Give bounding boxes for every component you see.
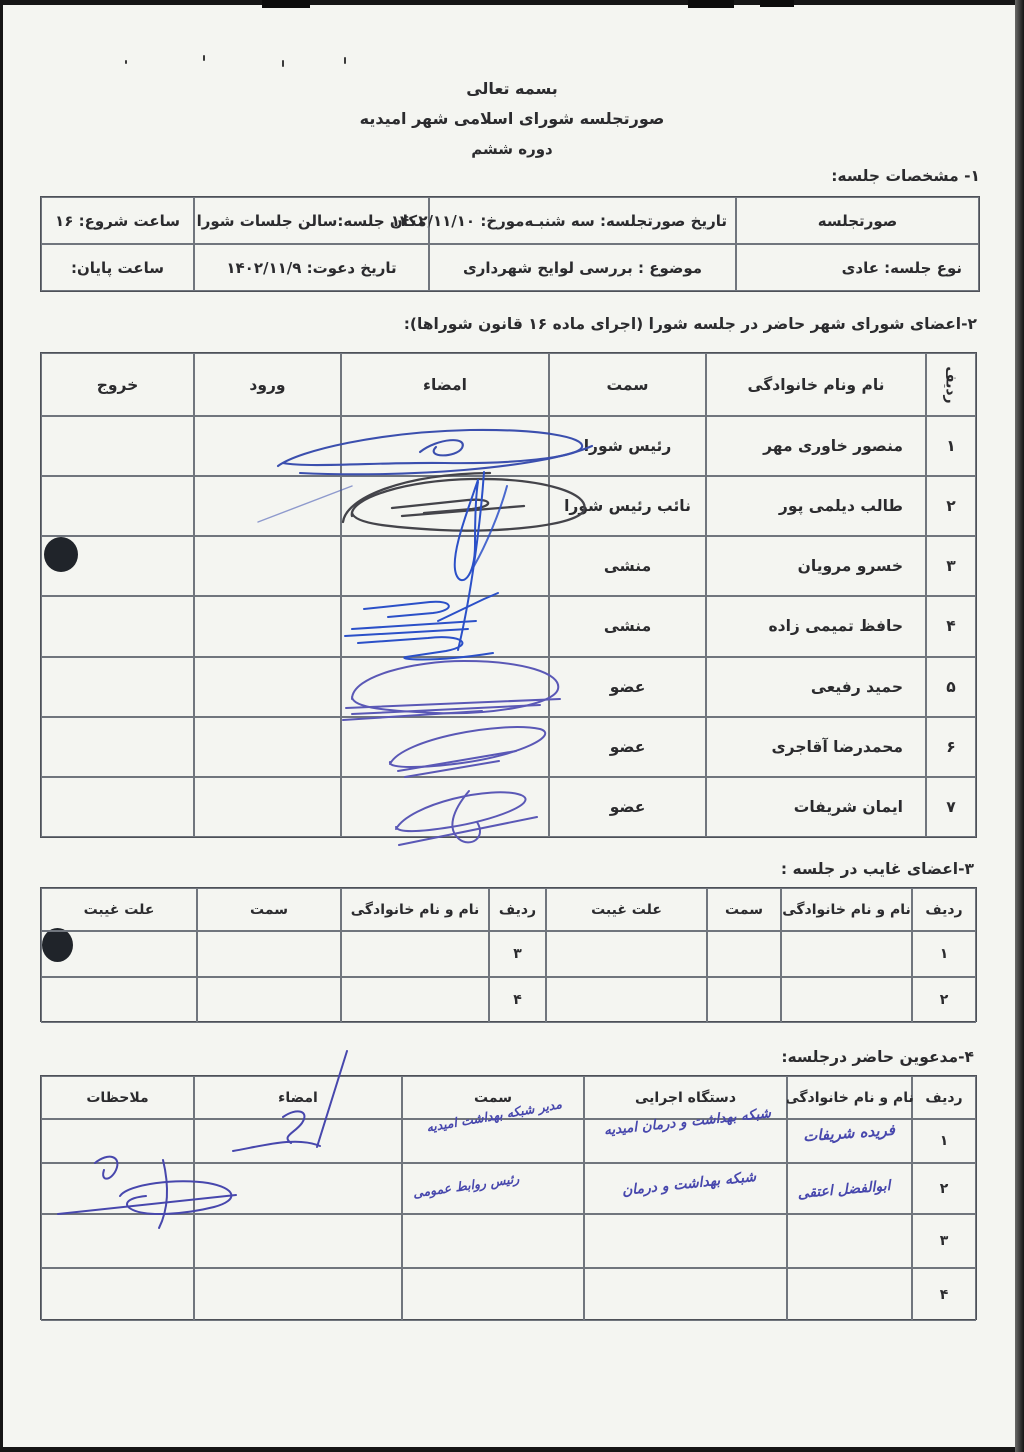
- notes-cell: [41, 1214, 194, 1268]
- scanned-document-page: بسمه تعالی صورتجلسه شورای اسلامی شهر امی…: [0, 0, 1024, 1452]
- minutes-date-label: تاریخ صورتجلسه: سه شنبـه: [524, 212, 727, 230]
- row-number: ۴: [912, 1268, 976, 1321]
- scan-edge-left: [0, 0, 3, 1452]
- section2-title: ۲-اعضای شورای شهر حاضر در جلسه شورا (اجر…: [404, 315, 977, 333]
- absent-name-cell: [341, 931, 489, 977]
- cell-start-time: ساعت شروع: ۱۶: [41, 197, 194, 244]
- term-line: دوره ششم: [40, 134, 984, 164]
- col-header-signature: امضاء: [341, 353, 549, 416]
- row-number: ۵: [926, 657, 976, 717]
- member-name: حافظ تمیمی زاده: [706, 596, 926, 656]
- row-number: ۲: [926, 476, 976, 536]
- exit-cell: [41, 476, 194, 536]
- scan-edge-mark: [262, 0, 310, 8]
- notes-cell: [41, 1268, 194, 1321]
- signature-cell: [194, 1163, 402, 1214]
- col-header-position: سمت: [707, 888, 781, 931]
- col-header-row: ردیف: [489, 888, 546, 931]
- notes-cell: [41, 1163, 194, 1214]
- scan-edge-right: [1015, 0, 1024, 1452]
- invitee-name-cell: [787, 1268, 912, 1321]
- absent-name-cell: [781, 931, 912, 977]
- signature-cell: [341, 657, 549, 717]
- entry-cell: [194, 596, 341, 656]
- col-header-position: سمت: [197, 888, 341, 931]
- col-header-name: نام و نام خانوادگی: [341, 888, 489, 931]
- signature-cell: [341, 777, 549, 837]
- signature-cell: [194, 1268, 402, 1321]
- col-header-row: ردیف: [912, 888, 976, 931]
- scan-edge-mark: [688, 0, 734, 8]
- row-number: ۱: [912, 931, 976, 977]
- member-position: رئیس شورا: [549, 416, 706, 476]
- absent-members-table: ردیف نام و نام خانوادگی سمت علت غیبت ردی…: [40, 887, 977, 1022]
- col-header-row: ردیف: [926, 353, 976, 416]
- signature-cell: [341, 416, 549, 476]
- row-number: ۴: [489, 977, 546, 1023]
- scan-speck: [125, 60, 127, 64]
- bismillah-line: بسمه تعالی: [40, 74, 984, 104]
- notes-cell: [41, 1119, 194, 1163]
- absent-name-cell: [341, 977, 489, 1023]
- col-header-entry: ورود: [194, 353, 341, 416]
- row-number: ۴: [926, 596, 976, 656]
- col-header-name: نام و نام خانوادگی: [787, 1076, 912, 1119]
- member-position: منشی: [549, 596, 706, 656]
- invitee-position-cell: [402, 1214, 584, 1268]
- absent-reason-cell: [41, 931, 197, 977]
- member-position: عضو: [549, 717, 706, 777]
- col-header-exit: خروج: [41, 353, 194, 416]
- exit-cell: [41, 717, 194, 777]
- row-number: ۷: [926, 777, 976, 837]
- exit-cell: [41, 657, 194, 717]
- absent-reason-cell: [546, 977, 707, 1023]
- signature-cell: [341, 536, 549, 596]
- col-header-name: نام ونام خانوادگی: [706, 353, 926, 416]
- invitee-position-cell: [402, 1268, 584, 1321]
- member-position: منشی: [549, 536, 706, 596]
- section4-title: ۴-مدعوین حاضر درجلسه:: [781, 1048, 974, 1066]
- signature-cell: [341, 476, 549, 536]
- row-number: ۱: [912, 1119, 976, 1163]
- document-title: صورتجلسه شورای اسلامی شهر امیدیه: [40, 104, 984, 134]
- row-number: ۶: [926, 717, 976, 777]
- absent-position-cell: [197, 931, 341, 977]
- row-number: ۳: [926, 536, 976, 596]
- member-position: عضو: [549, 657, 706, 717]
- scan-edge-top: [0, 0, 1024, 5]
- scan-speck: [282, 60, 284, 67]
- absent-reason-cell: [41, 977, 197, 1023]
- cell-location: مکان جلسه:سالن جلسات شورا: [194, 197, 429, 244]
- cell-end-time: ساعت پایان:: [41, 244, 194, 291]
- exit-cell: [41, 416, 194, 476]
- col-header-row: ردیف: [912, 1076, 976, 1119]
- exit-cell: [41, 596, 194, 656]
- col-header-reason: علت غیبت: [41, 888, 197, 931]
- cell-session-type: نوع جلسه: عادی: [736, 244, 979, 291]
- section1-title: ۱- مشخصات جلسه:: [831, 167, 980, 185]
- row-number: ۳: [489, 931, 546, 977]
- col-header-reason: علت غیبت: [546, 888, 707, 931]
- entry-cell: [194, 657, 341, 717]
- scan-edge-mark: [760, 0, 794, 7]
- section3-title: ۳-اعضای غایب در جلسه :: [781, 860, 974, 878]
- entry-cell: [194, 536, 341, 596]
- signature-cell: [341, 717, 549, 777]
- row-number: ۱: [926, 416, 976, 476]
- document-header: بسمه تعالی صورتجلسه شورای اسلامی شهر امی…: [40, 74, 984, 164]
- absent-position-cell: [197, 977, 341, 1023]
- scan-speck: [203, 55, 205, 61]
- member-name: ایمان شریفات: [706, 777, 926, 837]
- invitee-agency-cell: [584, 1268, 787, 1321]
- cell-invite-date: تاریخ دعوت: ۱۴۰۲/۱۱/۹: [194, 244, 429, 291]
- scan-speck: [344, 57, 346, 64]
- col-header-name: نام و نام خانوادگی: [781, 888, 912, 931]
- scan-edge-bottom: [0, 1447, 1024, 1452]
- signature-cell: [341, 596, 549, 656]
- cell-minutes-date: تاریخ صورتجلسه: سه شنبـه مورخ: ۱۴۰۲/۱۱/۱…: [429, 197, 736, 244]
- member-name: حمید رفیعی: [706, 657, 926, 717]
- absent-position-cell: [707, 931, 781, 977]
- member-name: طالب دیلمی پور: [706, 476, 926, 536]
- signature-cell: [194, 1214, 402, 1268]
- member-position: عضو: [549, 777, 706, 837]
- entry-cell: [194, 717, 341, 777]
- col-header-signature: امضاء: [194, 1076, 402, 1119]
- col-header-position: سمت: [549, 353, 706, 416]
- meeting-info-table: صورتجلسه تاریخ صورتجلسه: سه شنبـه مورخ: …: [40, 196, 980, 292]
- exit-cell: [41, 777, 194, 837]
- absent-reason-cell: [546, 931, 707, 977]
- member-name: محمدرضا آقاجری: [706, 717, 926, 777]
- signature-cell: [194, 1119, 402, 1163]
- absent-position-cell: [707, 977, 781, 1023]
- absent-name-cell: [781, 977, 912, 1023]
- member-name: خسرو مرویان: [706, 536, 926, 596]
- invitee-name-cell: [787, 1214, 912, 1268]
- col-header-notes: ملاحظات: [41, 1076, 194, 1119]
- member-name: منصور خاوری مهر: [706, 416, 926, 476]
- invitee-agency-cell: [584, 1214, 787, 1268]
- row-number: ۲: [912, 977, 976, 1023]
- cell-subject: موضوع : بررسی لوایح شهرداری: [429, 244, 736, 291]
- present-members-table: ردیف نام ونام خانوادگی سمت امضاء ورود خر…: [40, 352, 977, 838]
- entry-cell: [194, 416, 341, 476]
- cell-minutes-label: صورتجلسه: [736, 197, 979, 244]
- member-position: نائب رئیس شورا: [549, 476, 706, 536]
- row-number: ۲: [912, 1163, 976, 1214]
- row-number: ۳: [912, 1214, 976, 1268]
- entry-cell: [194, 777, 341, 837]
- entry-cell: [194, 476, 341, 536]
- exit-cell: [41, 536, 194, 596]
